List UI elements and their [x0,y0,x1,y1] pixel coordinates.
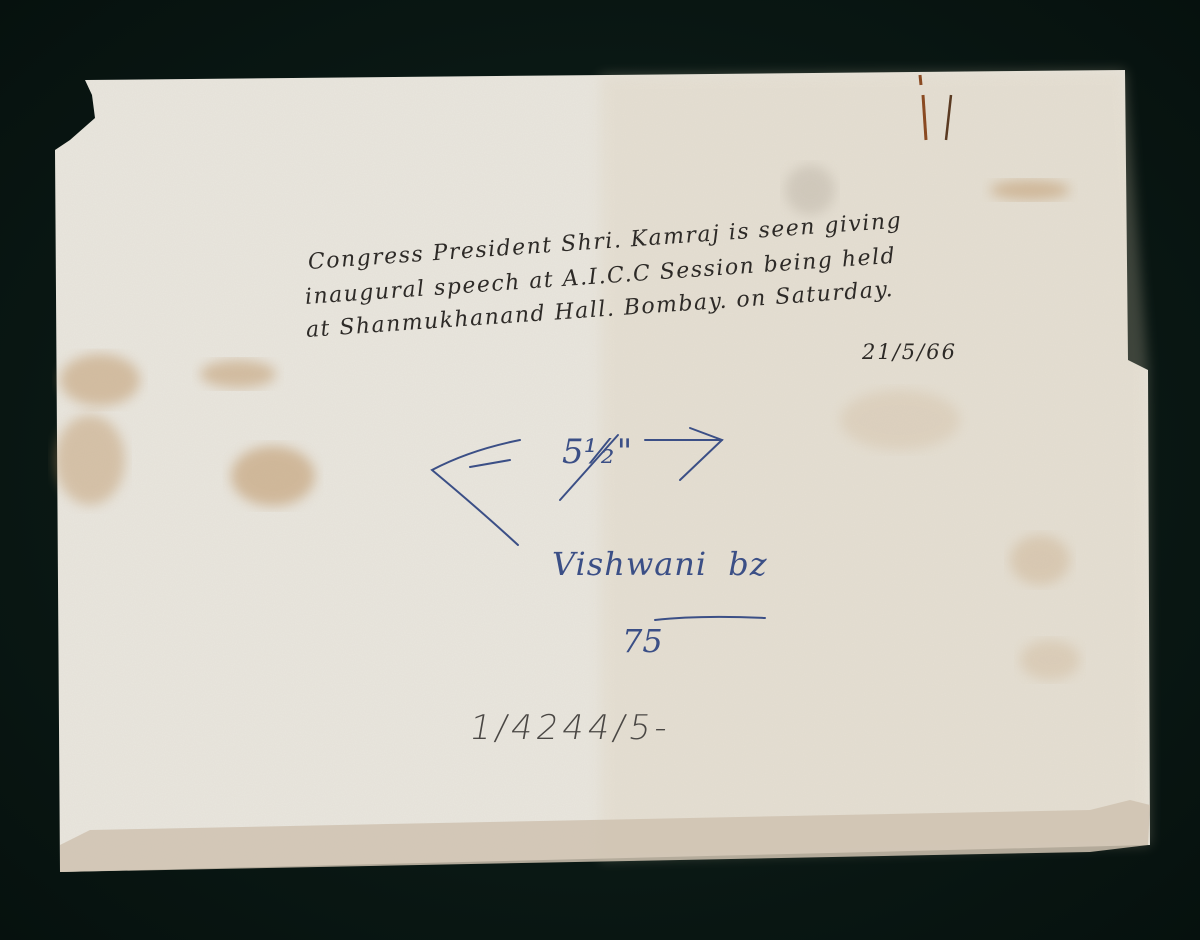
print-size-mark: 5½" [562,432,632,472]
credit-suffix: bz [728,545,767,583]
reference-number: 1/4244/5- [466,708,674,748]
caption-date: 21/5/66 [862,340,957,364]
photographer-credit: Vishwani bz [552,545,768,583]
credit-name: Vishwani [552,545,707,583]
photo-back: Congress President Shri. Kamraj is seen … [0,0,1200,940]
number-mark: 75 [622,622,663,660]
